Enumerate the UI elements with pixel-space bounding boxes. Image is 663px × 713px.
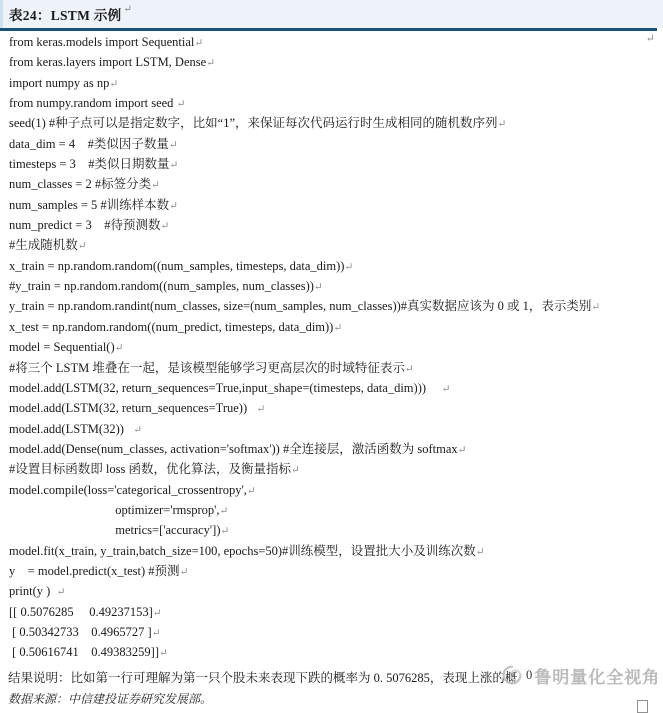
code-line: from keras.models import Sequential↵ xyxy=(9,32,663,52)
code-line: model = Sequential()↵ xyxy=(9,337,663,357)
code-block: from keras.models import Sequential↵from… xyxy=(9,32,663,663)
code-line: y = model.predict(x_test) #预测↵ xyxy=(9,561,663,581)
paragraph-mark-icon: ↵ xyxy=(206,58,215,69)
code-line: timesteps = 3 #类似日期数量↵ xyxy=(9,154,663,174)
paragraph-mark-icon: ↵ xyxy=(405,364,414,375)
code-line: #y_train = np.random.random((num_samples… xyxy=(9,276,663,296)
source-note: 数据来源：中信建投证券研究发展部。 xyxy=(8,690,212,707)
watermark: 0 鲁明量化全视角 xyxy=(501,662,660,688)
code-line: optimizer='rmsprop',↵ xyxy=(9,500,663,520)
paragraph-mark-icon: ↵ xyxy=(194,38,203,49)
code-line: from keras.layers import LSTM, Dense↵ xyxy=(9,52,663,72)
code-line: seed(1) #种子点可以是指定数字，比如“1”，来保证每次代码运行时生成相同… xyxy=(9,113,663,133)
code-line: model.add(LSTM(32, return_sequences=True… xyxy=(9,398,663,418)
paragraph-mark-icon: ↵ xyxy=(153,608,162,619)
table-header: 表24：LSTM 示例 ↵ xyxy=(0,0,663,28)
table-title: 表24：LSTM 示例 xyxy=(3,4,121,24)
paragraph-mark-icon: ↵ xyxy=(57,587,66,598)
paragraph-mark-icon: ↵ xyxy=(333,323,342,334)
code-line: num_classes = 2 #标签分类↵ xyxy=(9,174,663,194)
code-line: model.add(LSTM(32)) ↵ xyxy=(9,419,663,439)
paragraph-mark-icon: ↵ xyxy=(476,547,485,558)
code-line: #生成随机数↵ xyxy=(9,235,663,255)
code-line: model.add(LSTM(32, return_sequences=True… xyxy=(9,378,663,398)
code-line: [[ 0.5076285 0.49237153]↵ xyxy=(9,602,663,622)
code-line: y_train = np.random.randint(num_classes,… xyxy=(9,296,663,316)
code-line: [ 0.50342733 0.4965727 ]↵ xyxy=(9,622,663,642)
code-line: print(y ) ↵ xyxy=(9,581,663,601)
paragraph-mark-icon: ↵ xyxy=(314,282,323,293)
paragraph-mark-icon: ↵ xyxy=(109,79,118,90)
code-line: model.compile(loss='categorical_crossent… xyxy=(9,480,663,500)
code-line: model.fit(x_train, y_train,batch_size=10… xyxy=(9,541,663,561)
paragraph-mark-icon: ↵ xyxy=(152,628,161,639)
code-line: #设置目标函数即 loss 函数，优化算法，及衡量指标↵ xyxy=(9,459,663,479)
paragraph-mark-icon: ↵ xyxy=(220,506,229,517)
code-line: model.add(Dense(num_classes, activation=… xyxy=(9,439,663,459)
code-line: from numpy.random import seed ↵ xyxy=(9,93,663,113)
paragraph-mark-icon: ↵ xyxy=(257,404,266,415)
code-line: num_predict = 3 #待预测数↵ xyxy=(9,215,663,235)
paragraph-mark-icon: ↵ xyxy=(180,567,189,578)
code-line: import numpy as np↵ xyxy=(9,73,663,93)
corner-placeholder-square xyxy=(637,700,648,713)
paragraph-mark-icon: ↵ xyxy=(115,343,124,354)
paragraph-mark-icon: ↵ xyxy=(169,140,178,151)
paragraph-mark-icon: ↵ xyxy=(291,465,300,476)
paragraph-mark-icon: ↵ xyxy=(458,445,467,456)
paragraph-mark-icon: ↵ xyxy=(591,302,600,313)
paragraph-mark-icon: ↵ xyxy=(442,384,451,395)
code-line: #将三个 LSTM 堆叠在一起，是该模型能够学习更高层次的时域特征表示↵ xyxy=(9,358,663,378)
paragraph-mark-icon: ↵ xyxy=(78,241,87,252)
header-rule xyxy=(0,28,657,31)
code-line: metrics=['accuracy'])↵ xyxy=(9,520,663,540)
paragraph-mark-icon: ↵ xyxy=(159,648,168,659)
code-line: [ 0.50616741 0.49383259]]↵ xyxy=(9,642,663,662)
watermark-text: 鲁明量化全视角 xyxy=(534,663,660,688)
paragraph-mark-icon: ↵ xyxy=(344,262,353,273)
paragraph-mark-icon: ↵ xyxy=(177,99,186,110)
paragraph-mark-icon: ↵ xyxy=(133,425,142,436)
result-note: 结果说明：比如第一行可理解为第一只个股未来表现下跌的概率为 0. 5076285… xyxy=(8,668,517,686)
code-line: data_dim = 4 #类似因子数量↵ xyxy=(9,134,663,154)
paragraph-mark-icon: ↵ xyxy=(123,0,131,15)
paragraph-mark-icon: ↵ xyxy=(160,221,169,232)
code-line: x_test = np.random.random((num_predict, … xyxy=(9,317,663,337)
code-line: num_samples = 5 #训练样本数↵ xyxy=(9,195,663,215)
paragraph-mark-icon: ↵ xyxy=(170,160,179,171)
obscured-text-peek: 0 xyxy=(526,668,532,683)
paragraph-mark-icon: ↵ xyxy=(151,180,160,191)
paragraph-mark-icon: ↵ xyxy=(221,526,230,537)
paragraph-mark-icon: ↵ xyxy=(169,201,178,212)
paragraph-mark-icon: ↵ xyxy=(247,486,256,497)
result-note-text: 结果说明：比如第一行可理解为第一只个股未来表现下跌的概率为 0. 5076285… xyxy=(8,671,517,685)
code-line: x_train = np.random.random((num_samples,… xyxy=(9,256,663,276)
paragraph-mark-icon: ↵ xyxy=(498,119,507,130)
